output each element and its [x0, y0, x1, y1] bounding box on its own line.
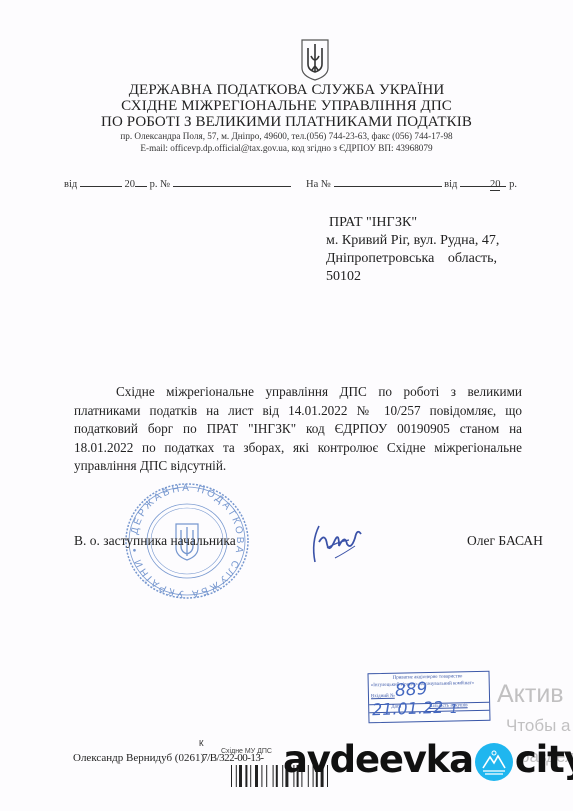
signatory-title: В. о. заступника начальника	[74, 533, 236, 549]
recipient-name: ПРАТ "ІНГЗК"	[329, 214, 499, 232]
reg-date-value: 21.01.22	[372, 698, 444, 719]
letter-body: Східне міжрегіональне управління ДПС по …	[74, 383, 522, 476]
number-blank	[173, 177, 291, 187]
recipient-street: м. Кривий Ріг, вул. Рудна, 47,	[326, 232, 499, 250]
year-blank	[135, 177, 147, 187]
brand-word-left: avdeevka	[283, 738, 473, 781]
header-org-line-3: ПО РОБОТІ З ВЕЛИКИМИ ПЛАТНИКАМИ ПОДАТКІВ	[0, 114, 573, 131]
reply-number-blank	[334, 177, 442, 187]
k-mark: К	[199, 739, 204, 748]
from-label: від	[64, 179, 77, 190]
signatory-name: Олег БАСАН	[467, 533, 543, 549]
executor-line: Олександр Вернидуб (0261)7/В/322-00-13-	[73, 752, 264, 764]
brand-word-right: city	[515, 738, 573, 781]
executor-name: Олександр Вернидуб (0261)	[73, 752, 204, 764]
number-label: р. №	[150, 179, 171, 190]
outgoing-reference: від 20 р. №	[64, 177, 291, 190]
header-org-line-1: ДЕРЖАВНА ПОДАТКОВА СЛУЖБА УКРАЇНИ	[0, 82, 573, 99]
header-address: пр. Олександра Поля, 57, м. Дніпро, 4960…	[0, 131, 573, 141]
day-month-blank	[80, 177, 122, 187]
barcode-number: 7/В/322-00-13-	[202, 752, 263, 764]
handwritten-signature-icon	[305, 518, 365, 566]
reply-from-label: від	[444, 179, 457, 190]
reg-incoming-label: Вхідний №	[371, 694, 395, 699]
year-prefix: 20	[124, 179, 135, 190]
brand-watermark: avdeevkacity	[283, 736, 573, 781]
reg-sheets-value: 1	[450, 702, 458, 716]
recipient-region: Дніпропетровська область,	[326, 250, 499, 268]
reply-year-suffix: р.	[509, 179, 517, 190]
header-org-line-2: СХІДНЕ МІЖРЕГІОНАЛЬНЕ УПРАВЛІННЯ ДПС	[0, 98, 573, 115]
reply-label: На №	[306, 179, 331, 190]
os-activation-watermark: Актив	[497, 680, 564, 709]
recipient-block: ПРАТ "ІНГЗК" м. Кривий Ріг, вул. Рудна, …	[326, 214, 499, 286]
mountains-logo-icon	[475, 743, 513, 781]
incoming-reference: На № від 20 р.	[306, 177, 517, 190]
coat-of-arms-icon	[300, 38, 330, 82]
reply-year-prefix: 20	[490, 179, 501, 191]
os-activation-hint-1: Чтобы а	[506, 716, 571, 736]
body-paragraph: Східне міжрегіональне управління ДПС по …	[74, 383, 522, 476]
header-contact: E-mail: officevp.dp.official@tax.gov.ua,…	[0, 143, 573, 153]
reply-year-blank	[500, 177, 506, 187]
recipient-postcode: 50102	[326, 268, 499, 286]
